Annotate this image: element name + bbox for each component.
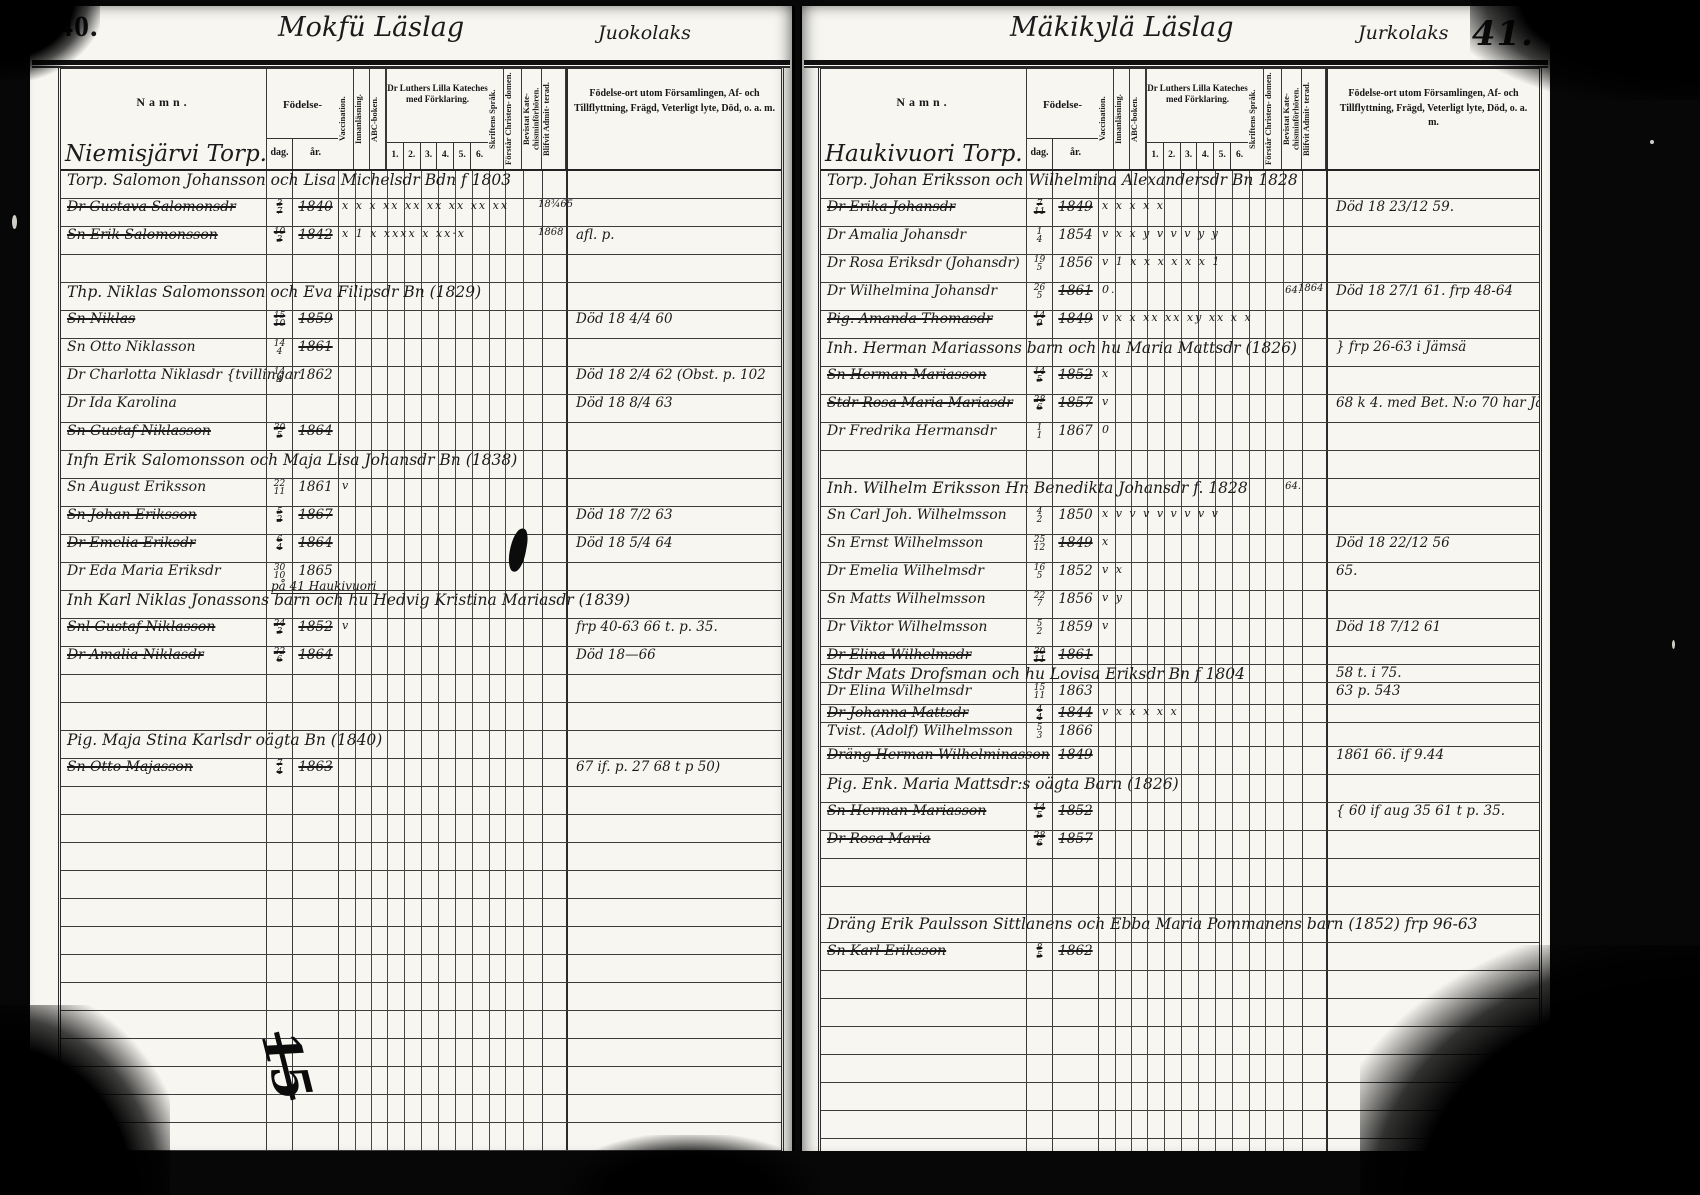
entry-name bbox=[821, 1055, 1026, 1082]
col-abc-boken: ABC-boken. bbox=[370, 69, 386, 169]
entry-notes bbox=[566, 339, 781, 366]
entry-exam-marks bbox=[1098, 1139, 1302, 1151]
entry-exam-marks bbox=[1098, 999, 1302, 1026]
birth-day-fraction: 144 bbox=[274, 339, 285, 356]
entry-admitted bbox=[1302, 647, 1326, 664]
entry-note-text: { 60 if aug 35 61 t p. 35. bbox=[1336, 803, 1539, 819]
entry-exam-marks: x 1 x xxxx x xx·x bbox=[338, 227, 542, 254]
exam-marks-text: v x x xx xx xy xx x x bbox=[1099, 311, 1302, 324]
entry-note-text: 67 if. p. 27 68 t p 50) bbox=[576, 759, 781, 775]
entry-birth-day: 195 bbox=[1026, 255, 1052, 282]
parish-name: Juokolaks bbox=[598, 22, 691, 44]
entry-name: Dr Rosa Eriksdr (Johansdr) bbox=[821, 255, 1026, 282]
birth-day-fraction: 42 bbox=[1037, 507, 1043, 524]
entry-notes bbox=[1326, 423, 1539, 450]
register-row: Infn Erik Salomonsson och Maja Lisa Joha… bbox=[61, 451, 781, 479]
entry-admitted bbox=[1302, 775, 1326, 802]
entry-admitted bbox=[542, 955, 566, 982]
fraction-bottom: 5 bbox=[1034, 573, 1045, 581]
entry-admitted bbox=[542, 1095, 566, 1122]
entry-birth-year bbox=[292, 815, 338, 842]
entry-name bbox=[61, 955, 266, 982]
entry-name-text: Pig. Maja Stina Karlsdr oägta Bn (1840) bbox=[67, 731, 266, 749]
entry-notes bbox=[1326, 775, 1539, 802]
entry-exam-marks bbox=[1098, 647, 1302, 664]
col-innanlasning: Innanläsning. bbox=[354, 69, 370, 169]
entry-admitted bbox=[1302, 1111, 1326, 1138]
birth-year-text: 1852 bbox=[293, 619, 338, 635]
col-kateches: Dr Luthers Lilla Kateches med Förklaring… bbox=[386, 69, 488, 169]
entry-exam-marks bbox=[1098, 887, 1302, 914]
entry-admitted bbox=[542, 451, 566, 478]
register-row: Inh. Herman Mariassons barn och hu Maria… bbox=[821, 339, 1539, 367]
entry-exam-marks bbox=[1098, 971, 1302, 998]
register-row: Inh Karl Niklas Jonassons barn och hu He… bbox=[61, 591, 781, 619]
entry-birth-day: 227 bbox=[1026, 591, 1052, 618]
birth-day-fraction: 85 bbox=[1037, 943, 1043, 960]
entry-admitted bbox=[1302, 1139, 1326, 1151]
interline-note: på 41 Haukivuori bbox=[271, 579, 377, 594]
entry-admitted bbox=[1302, 723, 1326, 746]
entry-birth-year: 1854 bbox=[1052, 227, 1098, 254]
entry-admitted bbox=[542, 395, 566, 422]
entry-name bbox=[61, 675, 266, 702]
entry-notes bbox=[1326, 831, 1539, 858]
entry-birth-year: 1867 bbox=[1052, 423, 1098, 450]
register-row bbox=[61, 871, 781, 899]
entry-note-text: 1861 66. if 9.44 bbox=[1336, 747, 1539, 763]
entry-admitted bbox=[542, 1067, 566, 1094]
birth-day-fraction: 64 bbox=[277, 535, 283, 552]
entry-birth-day bbox=[266, 255, 292, 282]
entry-notes: frp 40-63 66 t. p. 35. bbox=[566, 619, 781, 646]
entry-name: Dr Ida Karolina bbox=[61, 395, 266, 422]
entry-exam-marks bbox=[1098, 451, 1302, 478]
entry-admitted bbox=[542, 311, 566, 338]
birth-day-fraction: 52 bbox=[1037, 619, 1043, 636]
entry-name bbox=[61, 1011, 266, 1038]
entry-birth-year: 1852 bbox=[292, 619, 338, 646]
entry-notes: Död 18 8/4 63 bbox=[566, 395, 781, 422]
col-fodelse-label: Födelse- bbox=[267, 69, 338, 138]
birth-year-text: 1842 bbox=[293, 227, 338, 243]
entry-admitted bbox=[1302, 1055, 1326, 1082]
birth-day-fraction: 52 bbox=[277, 507, 283, 524]
entry-name-text: Thp. Niklas Salomonsson och Eva Filipsdr… bbox=[67, 283, 266, 301]
entry-birth-day: 165 bbox=[1026, 563, 1052, 590]
birth-day-fraction: 227 bbox=[1034, 591, 1045, 608]
entry-admitted bbox=[542, 703, 566, 730]
col-namn-label: Namn. bbox=[821, 95, 1026, 110]
entry-notes: Död 18 5/4 64 bbox=[566, 535, 781, 562]
birth-year-text: 1849 bbox=[1053, 747, 1098, 763]
entry-name bbox=[61, 703, 266, 730]
entry-notes bbox=[566, 899, 781, 926]
page-title-bar: 40. Mokfü Läslag Juokolaks bbox=[30, 6, 792, 60]
fraction-bottom: 12 bbox=[1034, 545, 1045, 553]
entry-name: Dr Viktor Wilhelmsson bbox=[821, 619, 1026, 646]
birth-day-fraction: 1510 bbox=[274, 311, 285, 328]
entry-birth-year bbox=[292, 1095, 338, 1122]
entry-birth-year: 1861 bbox=[292, 339, 338, 366]
entry-exam-marks: x bbox=[1098, 367, 1302, 394]
entry-birth-year: 1859 bbox=[292, 311, 338, 338]
register-row: Dr Emelia Wilhelmsdr1651852v x65. bbox=[821, 563, 1539, 591]
entry-admitted bbox=[542, 367, 566, 394]
entry-birth-year: 1857 bbox=[1052, 831, 1098, 858]
birth-day-fraction: 74 bbox=[277, 759, 283, 776]
entry-admitted bbox=[542, 535, 566, 562]
col-vaccination: Vaccination. bbox=[1098, 69, 1114, 169]
fraction-bottom: 11 bbox=[1034, 657, 1045, 665]
col-blifvit-admitterad: Blifvit Admit- terad. bbox=[542, 69, 566, 169]
entry-name-text: Dr Johanna Mattsdr bbox=[827, 705, 1026, 721]
heavy-rule bbox=[32, 60, 790, 66]
entry-exam-marks bbox=[1098, 1111, 1302, 1138]
entry-birth-day bbox=[1026, 1139, 1052, 1151]
birth-day-fraction: 11 bbox=[1037, 423, 1043, 440]
entry-admitted bbox=[542, 1123, 566, 1150]
entry-exam-marks bbox=[338, 255, 542, 282]
entry-exam-marks bbox=[338, 339, 542, 366]
entry-birth-year: 1852 bbox=[1052, 367, 1098, 394]
entry-name-text: Sn Matts Wilhelmsson bbox=[827, 591, 1026, 607]
entry-admitted bbox=[542, 255, 566, 282]
birth-day-fraction: 2211 bbox=[274, 479, 285, 496]
register-table: Namn. Haukivuori Torp. Födelse- dag. år.… bbox=[818, 68, 1542, 1151]
entry-notes: Död 18 22/12 56 bbox=[1326, 535, 1539, 562]
col-namn-label: Namn. bbox=[61, 95, 266, 110]
entry-notes bbox=[1326, 1083, 1539, 1110]
fraction-bottom: 7 bbox=[1034, 601, 1045, 609]
entry-name: Dr Rosa Maria bbox=[821, 831, 1026, 858]
entry-birth-day: 44 bbox=[1026, 705, 1052, 722]
entry-notes bbox=[566, 423, 781, 450]
register-row: Dräng Erik Paulsson Sittlanens och Ebba … bbox=[821, 915, 1539, 943]
register-row bbox=[821, 887, 1539, 915]
entry-admitted bbox=[1302, 1027, 1326, 1054]
entry-exam-marks: v x bbox=[1098, 563, 1302, 590]
entry-birth-year bbox=[292, 871, 338, 898]
register-row bbox=[821, 1139, 1539, 1151]
entry-admitted bbox=[1302, 999, 1326, 1026]
entry-exam-marks bbox=[1098, 747, 1302, 774]
register-row: Dr Rosa Eriksdr (Johansdr)1951856v 1 x x… bbox=[821, 255, 1539, 283]
birth-day-fraction: 3011 bbox=[1034, 647, 1045, 664]
birth-year-text: 1861 bbox=[293, 479, 338, 495]
entry-name bbox=[821, 1139, 1026, 1151]
entry-notes bbox=[1326, 171, 1539, 198]
entry-notes bbox=[566, 199, 781, 226]
entry-exam-marks bbox=[338, 703, 542, 730]
kat-col-6: 6. bbox=[471, 143, 488, 169]
entry-notes bbox=[1326, 1139, 1539, 1151]
register-row bbox=[821, 859, 1539, 887]
birth-day-fraction: 286 bbox=[1034, 831, 1045, 848]
kat-col-1: 1. bbox=[1147, 143, 1164, 169]
entry-admitted bbox=[1302, 311, 1326, 338]
entry-birth-day: 74 bbox=[266, 759, 292, 786]
entry-birth-year: 1862 bbox=[1052, 943, 1098, 970]
entry-name bbox=[61, 1039, 266, 1066]
fraction-bottom: 2 bbox=[1037, 629, 1043, 637]
village-section-name: Niemisjärvi Torp. bbox=[65, 141, 267, 167]
entry-notes bbox=[1326, 647, 1539, 664]
entry-name-text: Sn Johan Eriksson bbox=[67, 507, 266, 523]
birth-year-text: 1866 bbox=[1053, 723, 1098, 739]
entry-admitted bbox=[542, 563, 566, 590]
entry-admitted bbox=[542, 1039, 566, 1066]
register-row bbox=[61, 703, 781, 731]
entry-exam-marks: v bbox=[1098, 395, 1302, 422]
entry-notes: Död 18 7/2 63 bbox=[566, 507, 781, 534]
entry-name-text: Sn Otto Niklasson bbox=[67, 339, 266, 355]
birth-day-fraction: 3010 bbox=[274, 563, 285, 580]
entry-birth-day: 42 bbox=[1026, 507, 1052, 534]
register-row: Dr Gustava Salomonsdr371840x x x xx xx x… bbox=[61, 199, 781, 227]
birth-day-fraction: 103 bbox=[274, 227, 285, 244]
entry-birth-year: 1859 bbox=[1052, 619, 1098, 646]
birth-year-text: 1863 bbox=[1053, 683, 1098, 699]
entry-birth-year: 1856 bbox=[1052, 591, 1098, 618]
exam-marks-text: v bbox=[339, 619, 542, 632]
entry-admitted bbox=[1302, 367, 1326, 394]
entry-birth-day: 2512 bbox=[1026, 535, 1052, 562]
entry-name-text: Stdr Rosa Maria Mariasdr bbox=[827, 395, 1026, 411]
entry-admitted bbox=[1302, 479, 1326, 506]
entry-exam-marks: v bbox=[338, 479, 542, 506]
entry-birth-day: 286 bbox=[1026, 395, 1052, 422]
entry-birth-year: 1842 bbox=[292, 227, 338, 254]
entry-notes: Död 18 23/12 59. bbox=[1326, 199, 1539, 226]
entry-name: Sn Otto Majasson bbox=[61, 759, 266, 786]
entry-admitted bbox=[1302, 395, 1326, 422]
entry-birth-year bbox=[1052, 971, 1098, 998]
entry-admitted bbox=[542, 983, 566, 1010]
fraction-bottom: 5 bbox=[1034, 813, 1045, 821]
scan-speckle bbox=[1672, 640, 1675, 649]
birth-year-text: 1867 bbox=[1053, 423, 1098, 439]
entry-notes bbox=[1326, 255, 1539, 282]
birth-day-fraction: 44 bbox=[1037, 705, 1043, 722]
entry-notes bbox=[566, 675, 781, 702]
birth-year-text: 1854 bbox=[1053, 227, 1098, 243]
fraction-bottom: 1 bbox=[1037, 433, 1043, 441]
register-row: Dr Eda Maria Eriksdr30101865 bbox=[61, 563, 781, 591]
entry-birth-year bbox=[292, 843, 338, 870]
col-fodelse: Födelse- dag. år. bbox=[1026, 69, 1098, 169]
register-row: Sn Carl Joh. Wilhelmsson421850x v v v v … bbox=[821, 507, 1539, 535]
entry-birth-day: 226 bbox=[266, 647, 292, 674]
entry-admitted bbox=[1302, 1083, 1326, 1110]
entry-name: Pig. Enk. Maria Mattsdr:s oägta Barn (18… bbox=[821, 775, 1026, 802]
register-row bbox=[61, 843, 781, 871]
birth-year-text: 1864 bbox=[293, 647, 338, 663]
entry-name: Dr Gustava Salomonsdr bbox=[61, 199, 266, 226]
entry-notes: Död 18 2/4 62 (Obst. p. 102 bbox=[566, 367, 781, 394]
entry-birth-year bbox=[1052, 1083, 1098, 1110]
entry-notes: afl. p. bbox=[566, 227, 781, 254]
entry-admitted bbox=[542, 1011, 566, 1038]
scan-speckle bbox=[12, 215, 17, 229]
admitted-value: 1868 bbox=[538, 227, 566, 238]
col-fodelse-label: Födelse- bbox=[1027, 69, 1098, 138]
register-row: Tvist. (Adolf) Wilhelmsson531866 bbox=[821, 723, 1539, 747]
entry-birth-year bbox=[1052, 1027, 1098, 1054]
exam-marks-text: 0 bbox=[1099, 423, 1302, 436]
exam-marks-text: x bbox=[1099, 535, 1302, 548]
entry-note-text: Död 18 8/4 63 bbox=[576, 395, 781, 411]
entry-notes: 68 k 4. med Bet. N:o 70 har Jämfr bbox=[1326, 395, 1539, 422]
entry-name: Pig. Amanda Thomasdr bbox=[821, 311, 1026, 338]
entry-name bbox=[61, 255, 266, 282]
entry-note-text: Död 18 27/1 61. frp 48-64 bbox=[1336, 283, 1539, 299]
entry-birth-day bbox=[1026, 999, 1052, 1026]
kat-col-6: 6. bbox=[1231, 143, 1248, 169]
entry-name: Dr Johanna Mattsdr bbox=[821, 705, 1026, 722]
entry-notes: { 60 if aug 35 61 t p. 35. bbox=[1326, 803, 1539, 830]
entry-birth-day bbox=[1026, 1083, 1052, 1110]
entry-name-text: Dr Rosa Maria bbox=[827, 831, 1026, 847]
entry-exam-marks: v bbox=[1098, 619, 1302, 646]
kat-col-4: 4. bbox=[437, 143, 454, 169]
entry-notes: 67 if. p. 27 68 t p 50) bbox=[566, 759, 781, 786]
entry-birth-day bbox=[266, 871, 292, 898]
entry-name-text: Pig. Amanda Thomasdr bbox=[827, 311, 1026, 327]
entry-birth-year: 1864 bbox=[292, 535, 338, 562]
register-row bbox=[61, 1011, 781, 1039]
entry-note-text: 68 k 4. med Bet. N:o 70 har Jämfr bbox=[1336, 395, 1539, 411]
fraction-bottom: 6 bbox=[1034, 841, 1045, 849]
entry-exam-marks: 0.64. bbox=[1098, 283, 1302, 310]
entry-admitted bbox=[542, 787, 566, 814]
entry-admitted bbox=[1302, 255, 1326, 282]
exam-marks-text: x 1 x xxxx x xx·x bbox=[339, 227, 542, 240]
entry-exam-marks bbox=[1098, 723, 1302, 746]
entry-name bbox=[61, 787, 266, 814]
fraction-bottom: 10 bbox=[274, 321, 285, 329]
entry-name bbox=[61, 1123, 266, 1150]
entry-notes bbox=[566, 787, 781, 814]
birth-year-text: 1840 bbox=[293, 199, 338, 215]
entry-notes bbox=[566, 1123, 781, 1150]
entry-admitted bbox=[1302, 227, 1326, 254]
fraction-bottom: 4 bbox=[277, 545, 283, 553]
exam-marks-text: x v v v v v v v v bbox=[1099, 507, 1302, 520]
entry-note-text: 63 p. 543 bbox=[1336, 683, 1539, 699]
col-ar-label: år. bbox=[1053, 139, 1098, 169]
entry-notes bbox=[1326, 723, 1539, 746]
col-blifvit-admitterad: Blifvit Admit- terad. bbox=[1302, 69, 1326, 169]
register-row bbox=[61, 787, 781, 815]
entry-notes bbox=[566, 1039, 781, 1066]
entry-name-text: Sn Carl Joh. Wilhelmsson bbox=[827, 507, 1026, 523]
entry-name: Sn Otto Niklasson bbox=[61, 339, 266, 366]
register-row: Sn Otto Majasson74186367 if. p. 27 68 t … bbox=[61, 759, 781, 787]
entry-admitted bbox=[1302, 507, 1326, 534]
entry-birth-year: 1849 bbox=[1052, 311, 1098, 338]
kat-col-4: 4. bbox=[1197, 143, 1214, 169]
entry-birth-day bbox=[1026, 1055, 1052, 1082]
birth-year-text: 1852 bbox=[1053, 803, 1098, 819]
exam-marks-text: v bbox=[339, 479, 542, 492]
register-row bbox=[61, 675, 781, 703]
entry-exam-marks bbox=[338, 395, 542, 422]
entry-birth-day: 85 bbox=[1026, 943, 1052, 970]
entry-notes bbox=[566, 451, 781, 478]
fraction-bottom: 7 bbox=[277, 209, 283, 217]
exam-marks-text: v x bbox=[1099, 563, 1302, 576]
entry-exam-marks bbox=[338, 871, 542, 898]
entry-birth-year: 1852 bbox=[1052, 563, 1098, 590]
register-row: Dr Wilhelmina Johansdr26518610.64.1864Dö… bbox=[821, 283, 1539, 311]
entry-name bbox=[821, 971, 1026, 998]
entry-name-text: Torp. Salomon Johansson och Lisa Michels… bbox=[67, 171, 266, 189]
entry-name: Snl Gustaf Niklasson bbox=[61, 619, 266, 646]
entry-birth-year bbox=[292, 899, 338, 926]
entry-birth-day bbox=[1026, 887, 1052, 914]
entry-notes bbox=[1326, 859, 1539, 886]
entry-admitted bbox=[1302, 619, 1326, 646]
entry-birth-year bbox=[1052, 859, 1098, 886]
entry-notes: 65. bbox=[1326, 563, 1539, 590]
entry-birth-day bbox=[1026, 1027, 1052, 1054]
register-row: Thp. Niklas Salomonsson och Eva Filipsdr… bbox=[61, 283, 781, 311]
entry-exam-marks bbox=[338, 899, 542, 926]
col-fodelse: Födelse- dag. år. bbox=[266, 69, 338, 169]
entry-name bbox=[821, 999, 1026, 1026]
entry-note-text: frp 40-63 66 t. p. 35. bbox=[576, 619, 781, 635]
register-row bbox=[821, 999, 1539, 1027]
col-ar-label: år. bbox=[293, 139, 338, 169]
entry-notes bbox=[1326, 451, 1539, 478]
register-row bbox=[61, 1123, 781, 1151]
register-rows: Torp. Salomon Johansson och Lisa Michels… bbox=[61, 171, 781, 1151]
entry-birth-year: 1867 bbox=[292, 507, 338, 534]
entry-name bbox=[61, 815, 266, 842]
entry-admitted bbox=[1302, 199, 1326, 226]
entry-name-text: Dr Ida Karolina bbox=[67, 395, 266, 411]
entry-name-text: Inh Karl Niklas Jonassons barn och hu He… bbox=[67, 591, 266, 609]
register-row bbox=[61, 255, 781, 283]
fraction-bottom: 11 bbox=[274, 489, 285, 497]
col-dag-label: dag. bbox=[1027, 139, 1053, 169]
entry-birth-year: 1863 bbox=[1052, 683, 1098, 704]
entry-admitted bbox=[1302, 451, 1326, 478]
entry-name: Dr Eda Maria Eriksdr bbox=[61, 563, 266, 590]
register-row: Sn Otto Niklasson1441861 bbox=[61, 339, 781, 367]
birth-day-fraction: 195 bbox=[1034, 255, 1045, 272]
entry-admitted bbox=[542, 927, 566, 954]
entry-admitted bbox=[1302, 803, 1326, 830]
entry-name: Inh Karl Niklas Jonassons barn och hu He… bbox=[61, 591, 266, 618]
entry-admitted bbox=[542, 479, 566, 506]
fraction-bottom: 6 bbox=[1034, 405, 1045, 413]
birth-year-text: 1864 bbox=[293, 535, 338, 551]
entry-name-text: Dr Amalia Johansdr bbox=[827, 227, 1026, 243]
entry-notes bbox=[1326, 367, 1539, 394]
birth-year-text: 1865 bbox=[293, 563, 338, 579]
entry-exam-marks bbox=[1098, 831, 1302, 858]
entry-name: Sn Ernst Wilhelmsson bbox=[821, 535, 1026, 562]
entry-birth-day: 52 bbox=[266, 507, 292, 534]
entry-name-text: Dr Elina Wilhelmsdr bbox=[827, 683, 1026, 699]
col-namn: Namn. Niemisjärvi Torp. bbox=[61, 69, 266, 169]
entry-birth-day: 37 bbox=[266, 199, 292, 226]
entry-birth-year bbox=[1052, 1111, 1098, 1138]
bevistat-value: 64. bbox=[1285, 481, 1301, 492]
entry-birth-year: 1863 bbox=[292, 759, 338, 786]
